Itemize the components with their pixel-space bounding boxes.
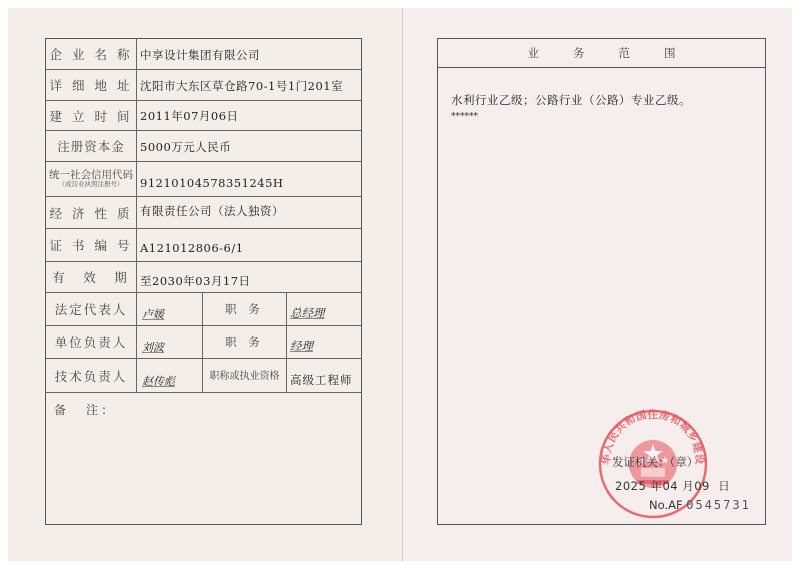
label-company-name: 企 业 名 称 (46, 39, 137, 69)
value-certificate-number: A121012806-6/1 (137, 229, 361, 261)
label-address: 详 细 地 址 (46, 70, 137, 100)
header-char-3: 范 (619, 45, 631, 61)
label-certificate-number: 证 书 编 号 (46, 229, 137, 261)
value-registered-capital: 5000万元人民币 (137, 131, 361, 161)
value-legal-representative-title: 总经理 (287, 293, 361, 325)
issue-month-unit: 月 (682, 479, 694, 493)
value-address: 沈阳市大东区草仓路70-1号1门201室 (137, 70, 361, 100)
issue-day: 09 (694, 479, 710, 493)
issue-year: 2025 (615, 479, 646, 493)
label-credit-code-sub: （或营业执照注册号） (59, 181, 124, 188)
label-legal-representative: 法定代表人 (46, 293, 137, 325)
business-scope-end-mark: ****** (451, 112, 478, 122)
value-company-name: 中享设计集团有限公司 (137, 39, 361, 69)
label-established: 建 立 时 间 (46, 101, 137, 130)
value-validity: 至2030年03月17日 (137, 262, 361, 292)
value-credit-code: 91210104578351245H (137, 162, 361, 196)
row-legal-representative: 法定代表人 卢媛 职 务 总经理 (46, 293, 361, 326)
label-validity: 有 效 期 (46, 262, 137, 292)
value-unit-head-title: 经理 (287, 326, 361, 358)
serial-prefix: No.AF (649, 498, 683, 512)
label-technical-head: 技术负责人 (46, 359, 137, 392)
value-legal-representative: 卢媛 (137, 293, 203, 325)
value-technical-head-title: 高级工程师 (287, 359, 361, 392)
row-credit-code: 统一社会信用代码 （或营业执照注册号） 91210104578351245H (46, 162, 361, 197)
issue-day-unit: 日 (718, 479, 730, 493)
header-char-4: 围 (664, 45, 676, 61)
label-legal-representative-title: 职 务 (203, 293, 287, 325)
label-unit-head: 单位负责人 (46, 326, 137, 358)
business-scope-header: 业 务 范 围 (438, 39, 765, 68)
label-unit-head-title: 职 务 (203, 326, 287, 358)
value-unit-head: 刘波 (137, 326, 203, 358)
label-registered-capital: 注册资本金 (46, 131, 137, 161)
serial-number: No.AF 0545731 (649, 498, 751, 512)
issue-year-unit: 年 (650, 479, 662, 493)
serial-digits: 0545731 (686, 498, 751, 512)
value-economic-nature: 有限责任公司（法人独资） (137, 197, 361, 228)
row-unit-head: 单位负责人 刘波 职 务 经理 (46, 326, 361, 359)
page-fold (402, 8, 403, 561)
row-company-name: 企 业 名 称 中享设计集团有限公司 (46, 39, 361, 70)
business-scope-text: 水利行业乙级；公路行业（公路）专业乙级。 (451, 92, 691, 108)
label-credit-code: 统一社会信用代码 （或营业执照注册号） (46, 162, 137, 196)
issue-date: 2025 年04 月09 日 (615, 478, 730, 494)
certificate-info-table: 企 业 名 称 中享设计集团有限公司 详 细 地 址 沈阳市大东区草仓路70-1… (45, 38, 362, 525)
issue-month: 04 (662, 479, 678, 493)
header-char-1: 业 (528, 45, 540, 61)
label-technical-head-title: 职称或执业资格 (203, 359, 287, 392)
row-established: 建 立 时 间 2011年07月06日 (46, 101, 361, 131)
value-established: 2011年07月06日 (137, 101, 361, 130)
row-economic-nature: 经 济 性 质 有限责任公司（法人独资） (46, 197, 361, 229)
row-certificate-number: 证 书 编 号 A121012806-6/1 (46, 229, 361, 262)
row-technical-head: 技术负责人 赵传彪 职称或执业资格 高级工程师 (46, 359, 361, 393)
header-char-2: 务 (573, 45, 585, 61)
label-economic-nature: 经 济 性 质 (46, 197, 137, 228)
remark-label: 备 注: (54, 401, 110, 418)
row-validity: 有 效 期 至2030年03月17日 (46, 262, 361, 293)
row-registered-capital: 注册资本金 5000万元人民币 (46, 131, 361, 162)
row-address: 详 细 地 址 沈阳市大东区草仓路70-1号1门201室 (46, 70, 361, 101)
value-technical-head: 赵传彪 (137, 359, 203, 392)
issuing-authority-label: 发证机关：（章） (612, 454, 698, 470)
remarks-area: 备 注: (46, 393, 361, 524)
